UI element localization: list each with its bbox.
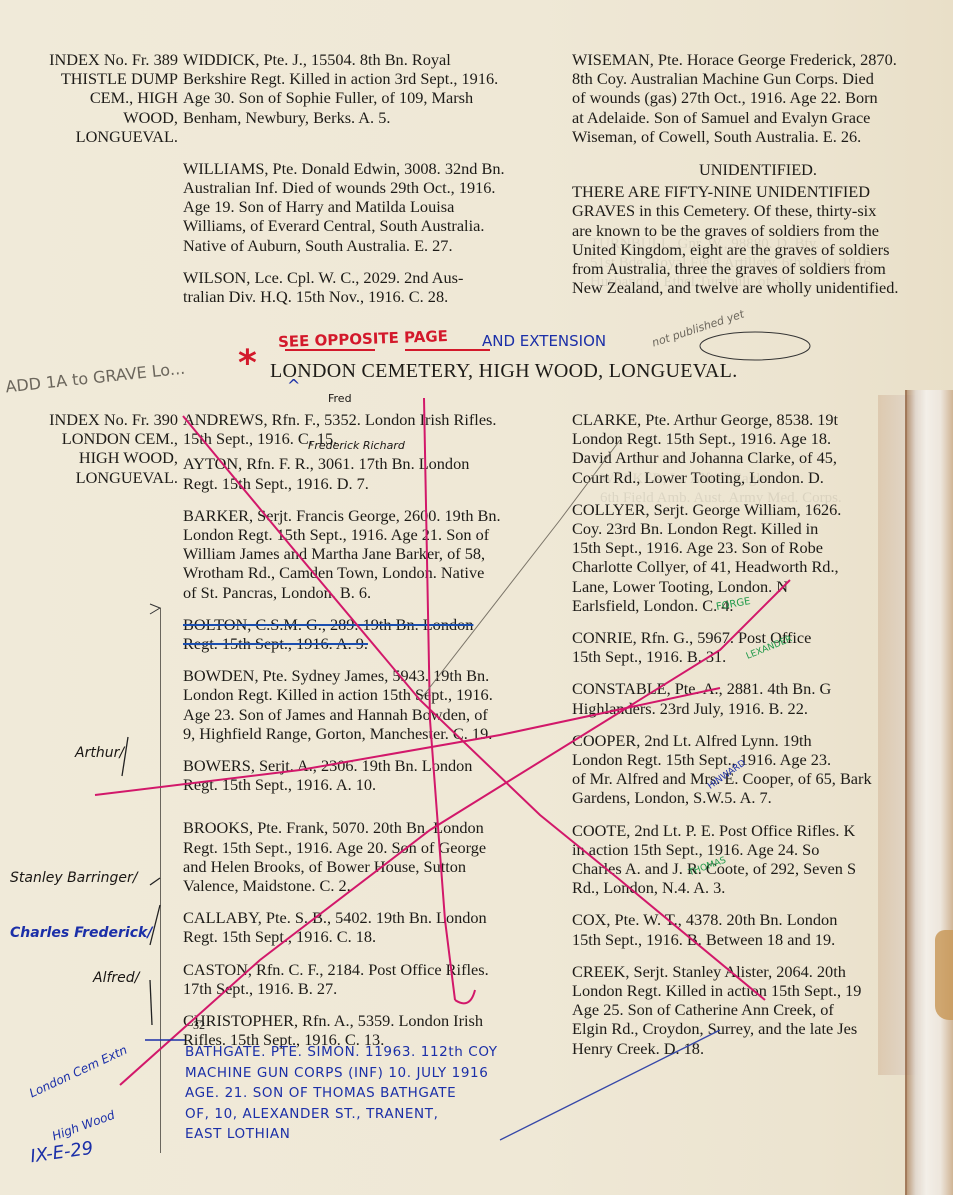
stanley-barringer-note: Stanley Barringer/	[10, 870, 138, 886]
diagonal-strike-line	[183, 416, 765, 1000]
margin-slash	[150, 980, 152, 1025]
asterisk-mark: *	[238, 343, 257, 384]
pen-strokes-overlay	[0, 0, 953, 1195]
and-extension-note: AND EXTENSION	[482, 332, 606, 350]
charles-frederick-note: Charles Frederick/	[10, 925, 152, 941]
fred-note: Fred	[328, 392, 352, 405]
arrow-icon	[150, 604, 160, 614]
blue-pen-strike	[500, 1030, 720, 1140]
frederick-richard-note: Frederick Richard	[308, 439, 405, 452]
caret-mark: ^	[287, 376, 300, 395]
handwritten-line: OF, 10, ALEXANDER ST., TRANENT,	[185, 1104, 498, 1125]
vertical-strike-line	[424, 398, 455, 1000]
handwritten-line: MACHINE GUN CORPS (INF) 10. JULY 1916	[185, 1063, 498, 1084]
alfred-note: Alfred/	[93, 970, 139, 986]
horizontal-strike-line	[95, 688, 720, 795]
margin-slash	[150, 878, 160, 885]
handwritten-line: EAST LOTHIAN	[185, 1124, 498, 1145]
arthur-note: Arthur/	[75, 745, 124, 761]
margin-location-note: London Cem Extn High Wood IX-E-29	[30, 1080, 136, 1164]
bathgate-handwritten-entry: BATHGATE. PTE. SIMON. 11963. 112th COY M…	[185, 1042, 498, 1145]
loop-stroke	[455, 990, 475, 1003]
magenta-cross-lines	[95, 398, 790, 1085]
scanned-page: TURNBULL, Gnr. W., 98880. D. Bty.51st Bd…	[0, 0, 953, 1195]
handwritten-line: BATHGATE. PTE. SIMON. 11963. 112th COY	[185, 1042, 498, 1063]
handwritten-line: AGE. 21. SON OF THOMAS BATHGATE	[185, 1083, 498, 1104]
extension-circle	[700, 332, 810, 360]
pencil-line	[420, 440, 620, 700]
